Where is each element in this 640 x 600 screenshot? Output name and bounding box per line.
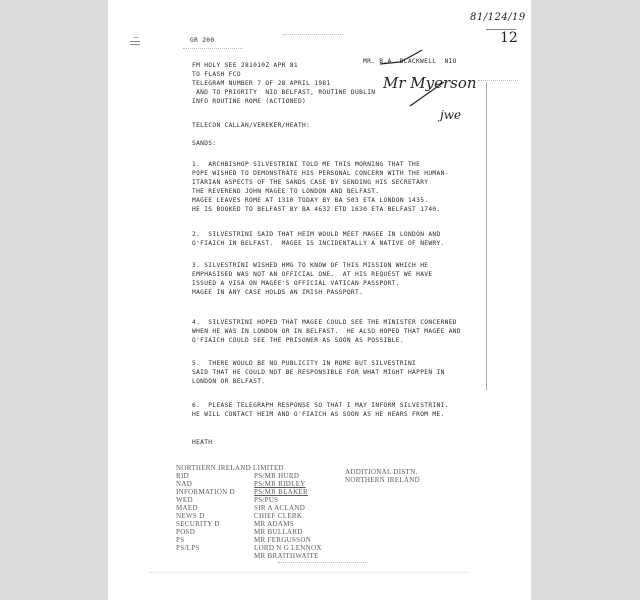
distribution-person: MR FERGUSSON: [254, 536, 311, 544]
subject-line: SANDS:: [192, 139, 216, 149]
distribution-department: NEWS D: [176, 512, 204, 520]
distribution-person: MR BULLARD: [254, 528, 303, 536]
distribution-person: LORD N G LENNOX: [254, 544, 322, 552]
header-code: GR 200: [190, 36, 214, 46]
routing-line: INFO ROUTINE ROME (ACTIONED): [192, 97, 306, 107]
additional-distribution-heading: ADDITIONAL DISTN.: [345, 468, 418, 476]
distribution-department: WED: [176, 496, 193, 504]
signature: HEATH: [192, 438, 212, 448]
distribution-person: PS/MR BLAKER: [254, 488, 308, 496]
margin-dots: [478, 80, 518, 81]
distribution-person: CHIEF CLERK: [254, 512, 302, 520]
paragraph-line: HE IS BOOKED TO BELFAST BY BA 4632 ETD 1…: [192, 205, 441, 215]
margin-line: [486, 82, 487, 390]
paragraph-line: O'FIAICH COULD SEE THE PRISONER AS SOON …: [192, 336, 404, 346]
handwritten-initials: jwe: [440, 108, 461, 122]
archive-reference: 81/124/19: [470, 12, 526, 23]
distribution-department: PS/LPS: [176, 544, 200, 552]
archive-ref-underline: [486, 29, 516, 30]
distribution-department: MAED: [176, 504, 198, 512]
distribution-department: SECURITY D: [176, 520, 220, 528]
page-number: 12: [500, 30, 518, 46]
distribution-person: MR ADAMS: [254, 520, 294, 528]
distribution-department: RID: [176, 472, 189, 480]
paragraph-line: O'FIAICH IN BELFAST. MAGEE IS INCIDENTAL…: [192, 239, 445, 249]
paragraph-line: HE WILL CONTACT HEIM AND O'FIAICH AS SOO…: [192, 410, 445, 420]
distribution-department: INFORMATION D: [176, 488, 235, 496]
distribution-department: NAD: [176, 480, 192, 488]
bottom-rule: [148, 572, 468, 573]
distribution-department: PS: [176, 536, 184, 544]
distribution-person: MR BRAITHWAITE: [254, 552, 319, 560]
document-page: GR 200 81/124/19 12 FM HOLY SEE 281010Z …: [108, 0, 531, 600]
bottom-rule: [278, 562, 368, 563]
header-rule: [283, 34, 343, 35]
paragraph-line: MAGEE IN ANY CASE HOLDS AN IRISH PASSPOR…: [192, 288, 363, 298]
paragraph-line: LONDON OR BELFAST.: [192, 377, 265, 387]
margin-mark: [130, 44, 140, 45]
distribution-person: PS/MR RIDLEY: [254, 480, 306, 488]
margin-mark: [130, 41, 140, 42]
distribution-person: SIR A ACLAND: [254, 504, 305, 512]
distribution-department: POSD: [176, 528, 195, 536]
telecon-line: TELECON CALLAN/VEREKER/HEATH:: [192, 121, 310, 131]
strikethrough-mark: [378, 48, 428, 68]
additional-distribution-item: NORTHERN IRELAND: [345, 476, 420, 484]
handwritten-stroke: [408, 78, 448, 110]
distribution-person: PS/PUS: [254, 496, 278, 504]
header-underline: [183, 48, 243, 49]
distribution-person: PS/MR HURD: [254, 472, 299, 480]
margin-mark: [133, 37, 139, 38]
distribution-heading: NORTHERN IRELAND LIMITED: [176, 464, 284, 472]
